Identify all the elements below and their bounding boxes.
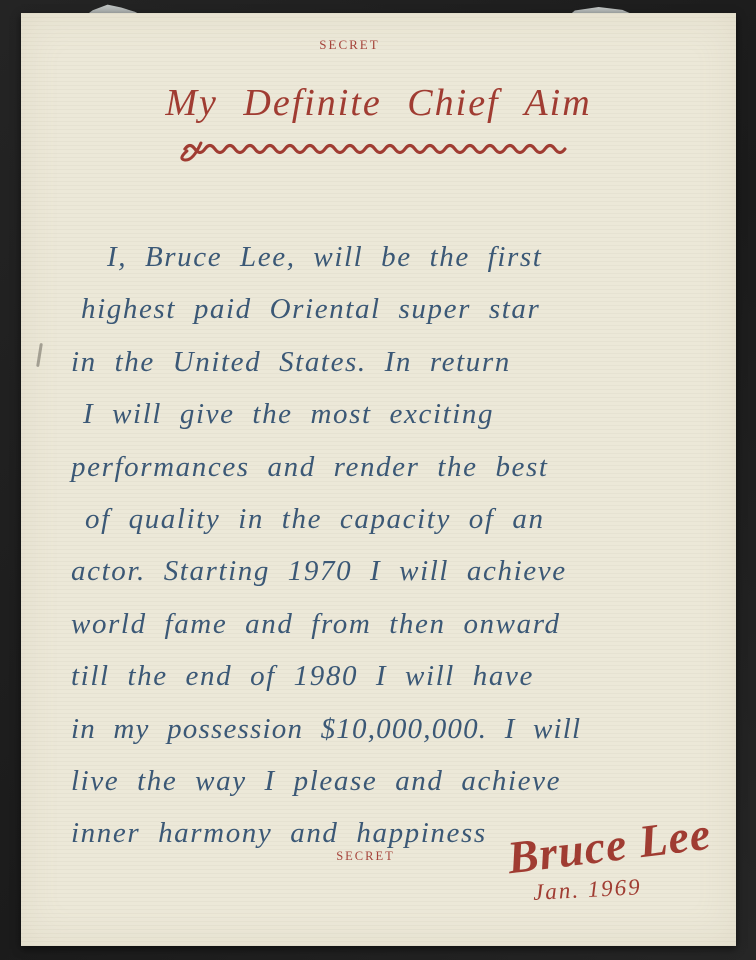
letter-title: My Definite Chief Aim (21, 81, 736, 125)
handwritten-line: in my possession $10,000,000. I will (71, 703, 751, 755)
signature-date: Jan. 1969 (532, 874, 642, 906)
classification-stamp-top: SECRET (21, 37, 678, 53)
letter-body: I, Bruce Lee, will be the firsthighest p… (71, 231, 751, 860)
handwritten-line: I, Bruce Lee, will be the first (71, 231, 751, 283)
handwritten-line: live the way I please and achieve (71, 755, 751, 807)
handwritten-line: till the end of 1980 I will have (71, 650, 751, 702)
handwritten-line: world fame and from then onward (71, 598, 751, 650)
handwritten-line: of quality in the capacity of an (71, 493, 751, 545)
title-underline-squiggle (170, 135, 578, 169)
handwritten-line: I will give the most exciting (71, 388, 751, 440)
handwritten-line: performances and render the best (71, 441, 751, 493)
handwritten-line: actor. Starting 1970 I will achieve (71, 545, 751, 597)
letter-paper: SECRET My Definite Chief Aim I, Bruce Le… (21, 13, 736, 946)
paper-scratch-mark (36, 343, 43, 367)
handwritten-line: in the United States. In return (71, 336, 751, 388)
handwritten-line: highest paid Oriental super star (71, 283, 751, 335)
